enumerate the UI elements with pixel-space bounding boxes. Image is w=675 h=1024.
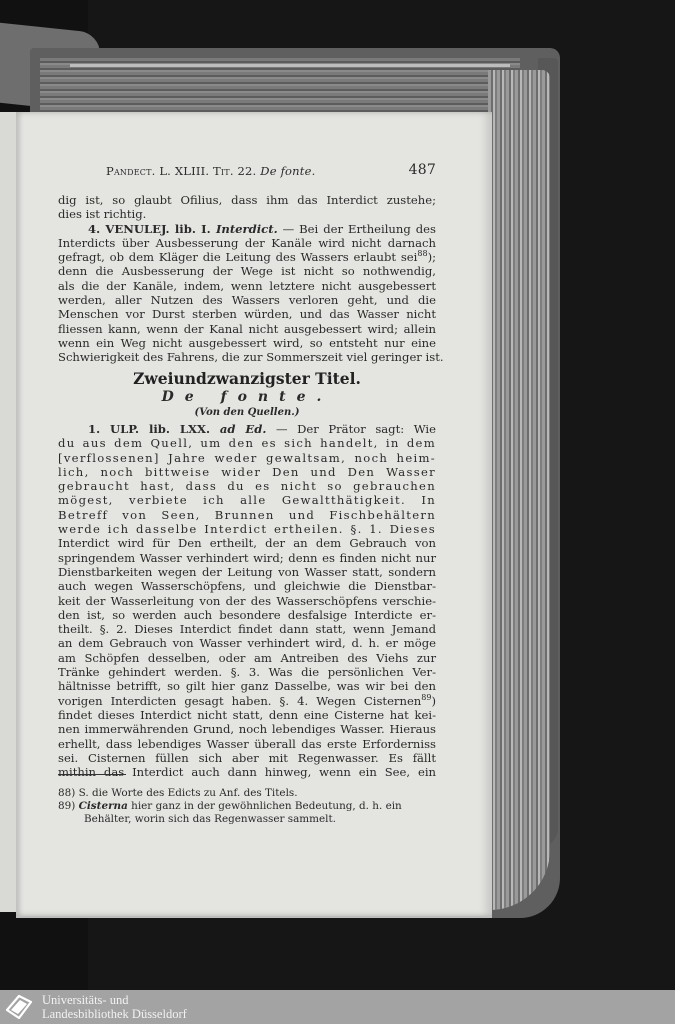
line-text: gefragt, ob dem Kläger die Leitung des W… bbox=[58, 250, 417, 264]
text-line: gefragt, ob dem Kläger die Leitung des W… bbox=[58, 250, 436, 264]
line-text: denn die Ausbesserung der Wege ist nicht… bbox=[58, 264, 436, 278]
line-text: am Schöpfen desselben, oder am Antreiben… bbox=[58, 651, 436, 665]
citation-work: Interdict. bbox=[216, 222, 278, 236]
text-line: erhellt, dass lebendiges Wasser überall … bbox=[58, 737, 436, 751]
page-number: 487 bbox=[409, 162, 436, 178]
line-text: Betreff von Seen, Brunnen und Fischbehäl… bbox=[58, 508, 436, 522]
text-line: dig ist, so glaubt Ofilius, dass ihm das… bbox=[58, 193, 436, 207]
text-line: mögest, verbiete ich alle Gewaltthätigke… bbox=[58, 493, 436, 507]
citation-lead: 1. ULP. lib. LXX. bbox=[88, 422, 220, 436]
text-line: du aus dem Quell, um den es sich handelt… bbox=[58, 436, 436, 450]
footnotes: 88) S. die Worte des Edicts zu Anf. des … bbox=[58, 787, 436, 826]
line-text: mithin das Interdict auch dann hinweg, w… bbox=[58, 765, 436, 779]
line-text: dies ist richtig. bbox=[58, 207, 146, 221]
text-line: nen immerwährenden Grund, noch lebendige… bbox=[58, 722, 436, 736]
line-text: hältnisse betrifft, so gilt hier ganz Da… bbox=[58, 679, 436, 693]
line-text: findet dieses Interdict nicht statt, den… bbox=[58, 708, 436, 722]
running-head-title: De fonte. bbox=[260, 164, 315, 178]
line-text: auch wegen Wasserschöpfens, und gleichwi… bbox=[58, 579, 436, 593]
text-line: keit der Wasserleitung von der des Wasse… bbox=[58, 594, 436, 608]
line-text: vorigen Interdicten gesagt haben. §. 4. … bbox=[58, 694, 421, 708]
line-text: werde ich dasselbe Interdict ertheilen. … bbox=[58, 522, 436, 536]
line-text: an dem Gebrauch von Wasser verhindert wi… bbox=[58, 636, 436, 650]
text-line: 4. VENULEJ. lib. I. Interdict. — Bei der… bbox=[58, 222, 436, 236]
text-line: wenn ein Weg nicht ausgebessert wird, so… bbox=[58, 336, 436, 350]
line-text: [verflossenen] Jahre weder gewaltsam, no… bbox=[58, 451, 436, 465]
footnote-ref[interactable]: 89 bbox=[421, 693, 431, 702]
line-text: Interdicts über Ausbesserung der Kanäle … bbox=[58, 236, 436, 250]
line-text: keit der Wasserleitung von der des Wasse… bbox=[58, 594, 436, 608]
text-line: dies ist richtig. bbox=[58, 207, 436, 221]
citation-work: ad Ed. bbox=[220, 422, 267, 436]
text-line: Schwierigkeit des Fahrens, die zur Somme… bbox=[58, 350, 436, 364]
line-text: fliessen kann, wenn der Kanal nicht ausg… bbox=[58, 322, 436, 336]
running-head: Pandect. L. XLIII. Tit. 22. De fonte. 48… bbox=[106, 164, 436, 178]
text-line: als die der Kanäle, indem, wenn letztere… bbox=[58, 279, 436, 293]
text-line: auch wegen Wasserschöpfens, und gleichwi… bbox=[58, 579, 436, 593]
line-text: Schwierigkeit des Fahrens, die zur Somme… bbox=[58, 350, 444, 364]
line-text: — Der Prätor sagt: Wie bbox=[266, 422, 436, 436]
text-line: Betreff von Seen, Brunnen und Fischbehäl… bbox=[58, 508, 436, 522]
footnote-ref[interactable]: 88 bbox=[417, 249, 427, 258]
text-line: den ist, so werden auch besondere desfal… bbox=[58, 608, 436, 622]
line-text: Dienstbarkeiten wegen der Leitung von Wa… bbox=[58, 565, 436, 579]
text-line: werden, aller Nutzen des Wassers verlore… bbox=[58, 293, 436, 307]
footnote-number: 88) bbox=[58, 787, 79, 799]
book-page: Pandect. L. XLIII. Tit. 22. De fonte. 48… bbox=[16, 112, 492, 918]
line-text: werden, aller Nutzen des Wassers verlore… bbox=[58, 293, 436, 307]
text-line: an dem Gebrauch von Wasser verhindert wi… bbox=[58, 636, 436, 650]
paragraph-venulej: dig ist, so glaubt Ofilius, dass ihm das… bbox=[58, 193, 436, 365]
footnote: 89) Cisterna hier ganz in der gewöhnlich… bbox=[58, 800, 436, 813]
footnote-rule bbox=[58, 774, 126, 775]
text-line: Dienstbarkeiten wegen der Leitung von Wa… bbox=[58, 565, 436, 579]
text-line: Menschen vor Durst sterben würden, und d… bbox=[58, 307, 436, 321]
citation-lead: 4. VENULEJ. lib. I. bbox=[88, 222, 216, 236]
line-text: wenn ein Weg nicht ausgebessert wird, so… bbox=[58, 336, 436, 350]
text-line: hältnisse betrifft, so gilt hier ganz Da… bbox=[58, 679, 436, 693]
library-name-line2: Landesbibliothek Düsseldorf bbox=[42, 1007, 187, 1021]
line-text: den ist, so werden auch besondere desfal… bbox=[58, 608, 436, 622]
library-footer-bar: Universitäts- und Landesbibliothek Düsse… bbox=[0, 990, 675, 1024]
page-stack-top-edge bbox=[40, 58, 520, 114]
library-name: Universitäts- und Landesbibliothek Düsse… bbox=[42, 993, 187, 1021]
text-line: Interdicts über Ausbesserung der Kanäle … bbox=[58, 236, 436, 250]
chapter-title: Zweiundzwanzigster Titel. bbox=[58, 372, 436, 386]
line-text: du aus dem Quell, um den es sich handelt… bbox=[58, 436, 436, 450]
text-line: lich, noch bittweise wider Den und Den W… bbox=[58, 465, 436, 479]
line-text: als die der Kanäle, indem, wenn letztere… bbox=[58, 279, 436, 293]
chapter-subtitle: (Von den Quellen.) bbox=[58, 406, 436, 420]
footnote-text: hier ganz in der gewöhnlichen Bedeutung,… bbox=[128, 800, 402, 812]
text-line: springendem Wasser verhindert wird; denn… bbox=[58, 551, 436, 565]
text-line: fliessen kann, wenn der Kanal nicht ausg… bbox=[58, 322, 436, 336]
text-line: mithin das Interdict auch dann hinweg, w… bbox=[58, 765, 436, 779]
line-text: dig ist, so glaubt Ofilius, dass ihm das… bbox=[58, 193, 436, 207]
line-text: Tränke gehindert werden. §. 3. Was die p… bbox=[58, 665, 436, 679]
text-line: [verflossenen] Jahre weder gewaltsam, no… bbox=[58, 451, 436, 465]
text-line: 1. ULP. lib. LXX. ad Ed. — Der Prätor sa… bbox=[58, 422, 436, 436]
line-text: — Bei der Ertheilung des bbox=[278, 222, 436, 236]
line-text: Menschen vor Durst sterben würden, und d… bbox=[58, 307, 436, 321]
line-text: sei. Cisternen füllen sich aber mit Rege… bbox=[58, 751, 436, 765]
library-name-line1: Universitäts- und bbox=[42, 993, 187, 1007]
text-line: Interdict wird für Den ertheilt, der an … bbox=[58, 536, 436, 550]
line-text: lich, noch bittweise wider Den und Den W… bbox=[58, 465, 436, 479]
footnote-text: S. die Worte des Edicts zu Anf. des Tite… bbox=[79, 787, 298, 799]
footnote: 88) S. die Worte des Edicts zu Anf. des … bbox=[58, 787, 436, 800]
text-line: denn die Ausbesserung der Wege ist nicht… bbox=[58, 264, 436, 278]
footnote-number: 89) bbox=[58, 800, 79, 812]
footnote-continuation: Behälter, worin sich das Regenwasser sam… bbox=[58, 813, 436, 826]
line-text: springendem Wasser verhindert wird; denn… bbox=[58, 551, 436, 565]
text-line: gebraucht hast, dass du es nicht so gebr… bbox=[58, 479, 436, 493]
book-logo-icon bbox=[4, 993, 34, 1021]
paragraph-ulp: 1. ULP. lib. LXX. ad Ed. — Der Prätor sa… bbox=[58, 422, 436, 779]
title-block: Zweiundzwanzigster Titel. De fonte. (Von… bbox=[58, 372, 436, 420]
chapter-latin-title: De fonte. bbox=[58, 390, 436, 404]
text-line: theilt. §. 2. Dieses Interdict findet da… bbox=[58, 622, 436, 636]
line-text: nen immerwährenden Grund, noch lebendige… bbox=[58, 722, 436, 736]
line-text: erhellt, dass lebendiges Wasser überall … bbox=[58, 737, 436, 751]
text-line: Tränke gehindert werden. §. 3. Was die p… bbox=[58, 665, 436, 679]
line-text: gebraucht hast, dass du es nicht so gebr… bbox=[58, 479, 436, 493]
page-stack-right-edge bbox=[488, 70, 550, 910]
text-line: findet dieses Interdict nicht statt, den… bbox=[58, 708, 436, 722]
line-text: theilt. §. 2. Dieses Interdict findet da… bbox=[58, 622, 436, 636]
text-line: sei. Cisternen füllen sich aber mit Rege… bbox=[58, 751, 436, 765]
running-head-citation: Pandect. L. XLIII. Tit. 22. bbox=[106, 164, 256, 178]
footnote-term: Cisterna bbox=[79, 800, 128, 812]
text-line: vorigen Interdicten gesagt haben. §. 4. … bbox=[58, 694, 436, 708]
line-text: Interdict wird für Den ertheilt, der an … bbox=[58, 536, 436, 550]
text-line: am Schöpfen desselben, oder am Antreiben… bbox=[58, 651, 436, 665]
text-line: werde ich dasselbe Interdict ertheilen. … bbox=[58, 522, 436, 536]
line-text: mögest, verbiete ich alle Gewaltthätigke… bbox=[58, 493, 436, 507]
